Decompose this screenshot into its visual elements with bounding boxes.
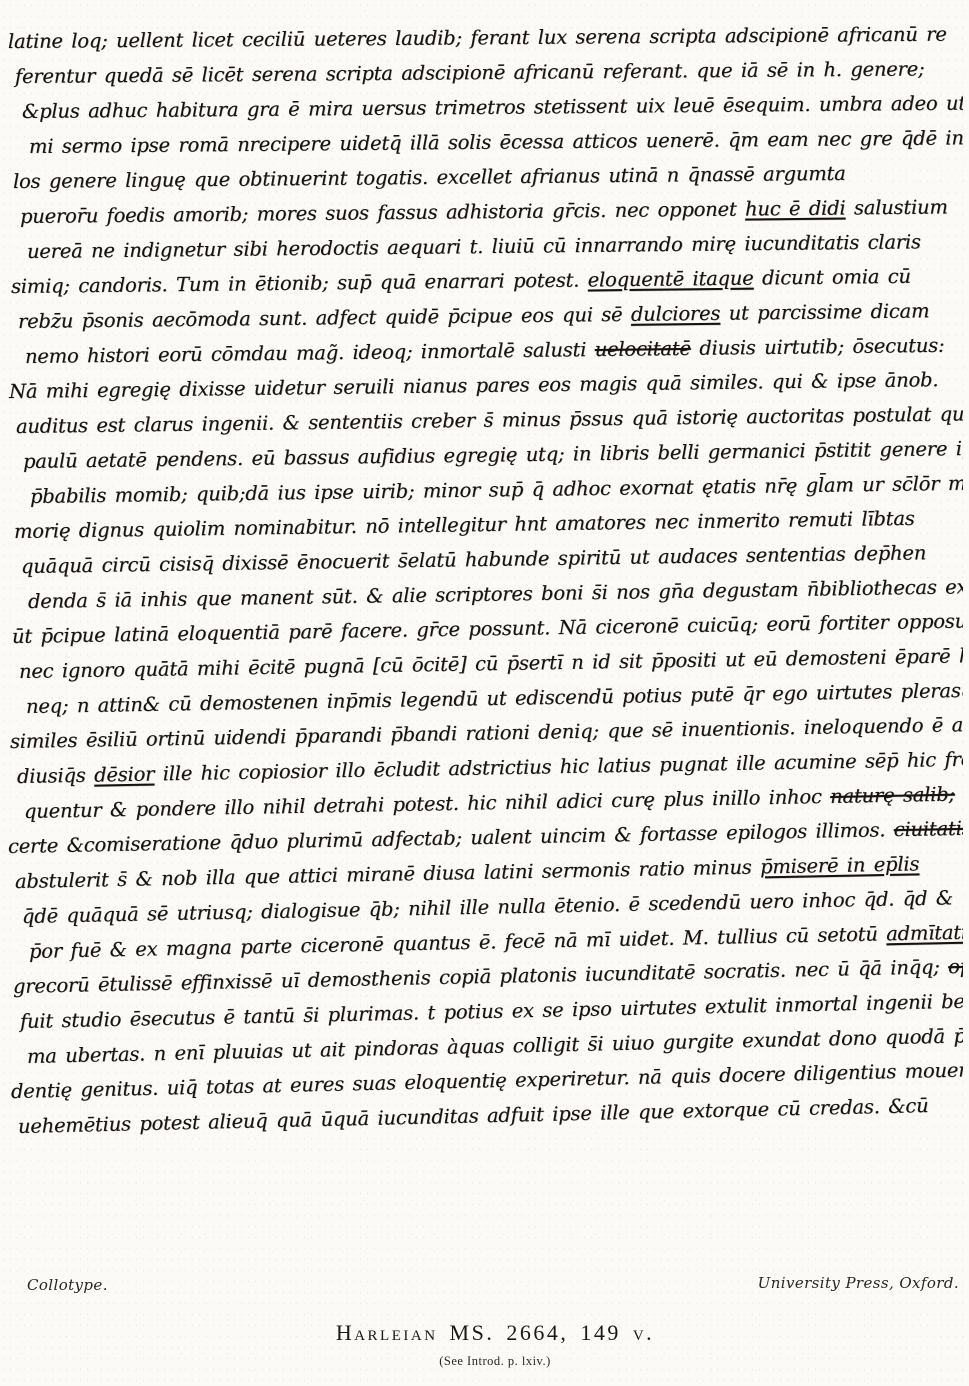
manuscript-text-block: latine loq; uellent licet ceciliū uetere… <box>8 24 963 1174</box>
scribal-strikethrough: optimū <box>948 954 963 978</box>
scribal-underline: huc ē didi <box>745 197 846 221</box>
plate-imprint-label: University Press, Oxford. <box>758 1274 959 1292</box>
scribal-strikethrough: uelocitatē <box>595 337 691 361</box>
scribal-strikethrough: ciuitatis <box>894 817 963 841</box>
plate-caption: Harleian MS. 2664, 149 v. <box>0 1320 969 1346</box>
facsimile-plate-page: latine loq; uellent licet ceciliū uetere… <box>0 0 969 1386</box>
plate-subcaption: (See Introd. p. lxiv.) <box>0 1354 969 1369</box>
scribal-underline: dulciores <box>631 302 721 326</box>
plate-process-label: Collotype. <box>27 1276 108 1294</box>
scribal-underline: eloquentē itaque <box>588 267 754 292</box>
scribal-underline: admītationē <box>886 920 963 945</box>
scribal-strikethrough: naturę salib; <box>830 783 955 808</box>
scribal-underline: p̄miserē in ep̄lis <box>760 852 920 878</box>
scribal-underline: dēsior <box>94 763 155 787</box>
